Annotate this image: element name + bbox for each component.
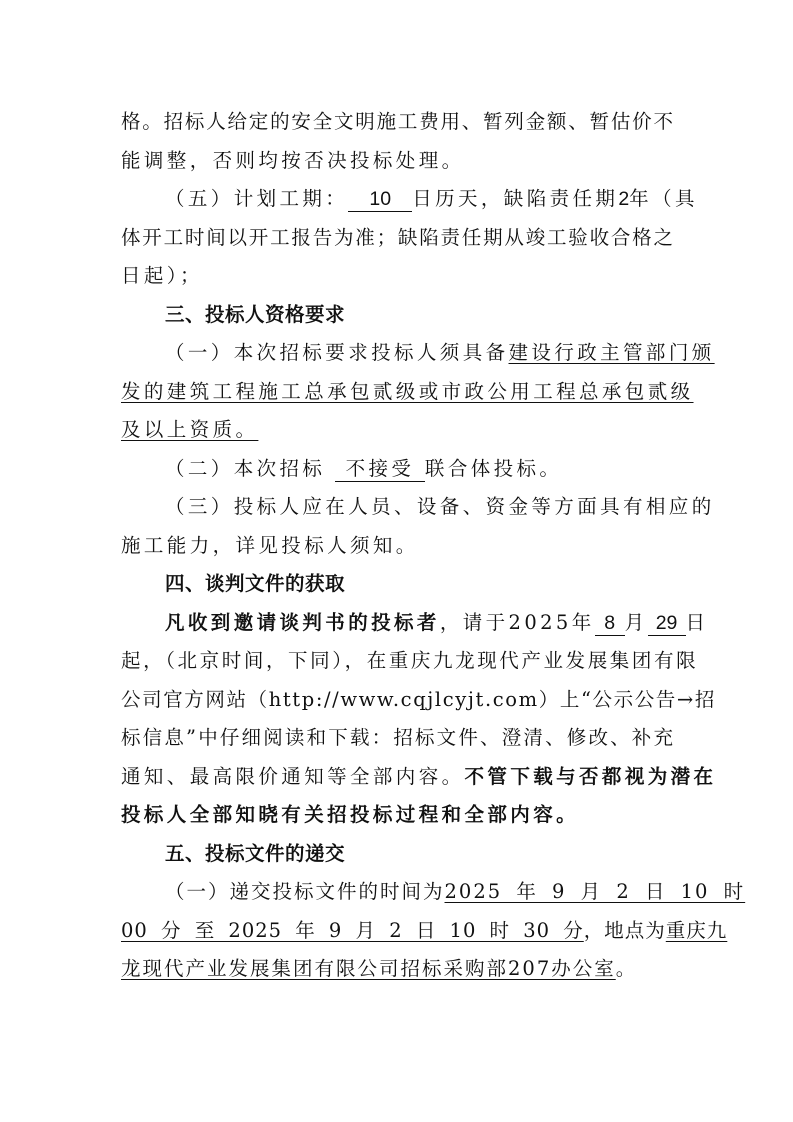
text-line: 公司官方网站（http://www.cqjlcyjt.com）上“公示公告→招 (121, 681, 673, 720)
section-heading: 四、谈判文件的获取 (121, 565, 673, 604)
section-heading: 三、投标人资格要求 (121, 296, 673, 335)
text-line: 体开工时间以开工报告为准；缺陷责任期从竣工验收合格之 (121, 219, 673, 258)
text-line: （一）递交投标文件的时间为2025 年 9 月 2 日 10 时 (121, 873, 673, 912)
text-line: （一）本次招标要求投标人须具备建设行政主管部门颁 (121, 334, 673, 373)
text-line: 凡收到邀请谈判书的投标者，请于2025年8月29日 (121, 604, 673, 643)
text-line: 能调整，否则均按否决投标处理。 (121, 142, 673, 181)
consortium-value: 不接受 (335, 457, 425, 482)
text-line: 00 分 至 2025 年 9 月 2 日 10 时 30 分，地点为重庆九 (121, 912, 673, 951)
text-line: 标信息”中仔细阅读和下载：招标文件、澄清、修改、补充 (121, 719, 673, 758)
warranty-years: 2 (618, 188, 629, 210)
text-line: 及以上资质。 (121, 411, 673, 450)
duration-value: 10 (348, 187, 412, 212)
text-line: 发的建筑工程施工总承包贰级或市政公用工程总承包贰级 (121, 373, 673, 412)
text-line: （二）本次招标 不接受联合体投标。 (121, 450, 673, 489)
text-line: 施工能力，详见投标人须知。 (121, 527, 673, 566)
text-line: 龙现代产业发展集团有限公司招标采购部207办公室。 (121, 950, 673, 989)
section-heading: 五、投标文件的递交 (121, 835, 673, 874)
text-line: 格。招标人给定的安全文明施工费用、暂列金额、暂估价不 (121, 103, 673, 142)
schedule-line: （五）计划工期：10日历天，缺陷责任期2年（具 (121, 180, 673, 219)
text-line: 起，（北京时间，下同），在重庆九龙现代产业发展集团有限 (121, 642, 673, 681)
document-page: 格。招标人给定的安全文明施工费用、暂列金额、暂估价不 能调整，否则均按否决投标处… (121, 103, 673, 989)
text-line: （三）投标人应在人员、设备、资金等方面具有相应的 (121, 488, 673, 527)
text-line: 通知、最高限价通知等全部内容。不管下载与否都视为潜在 (121, 758, 673, 797)
text-line: 投标人全部知晓有关招投标过程和全部内容。 (121, 796, 673, 835)
text-line: 日起）； (121, 257, 673, 296)
